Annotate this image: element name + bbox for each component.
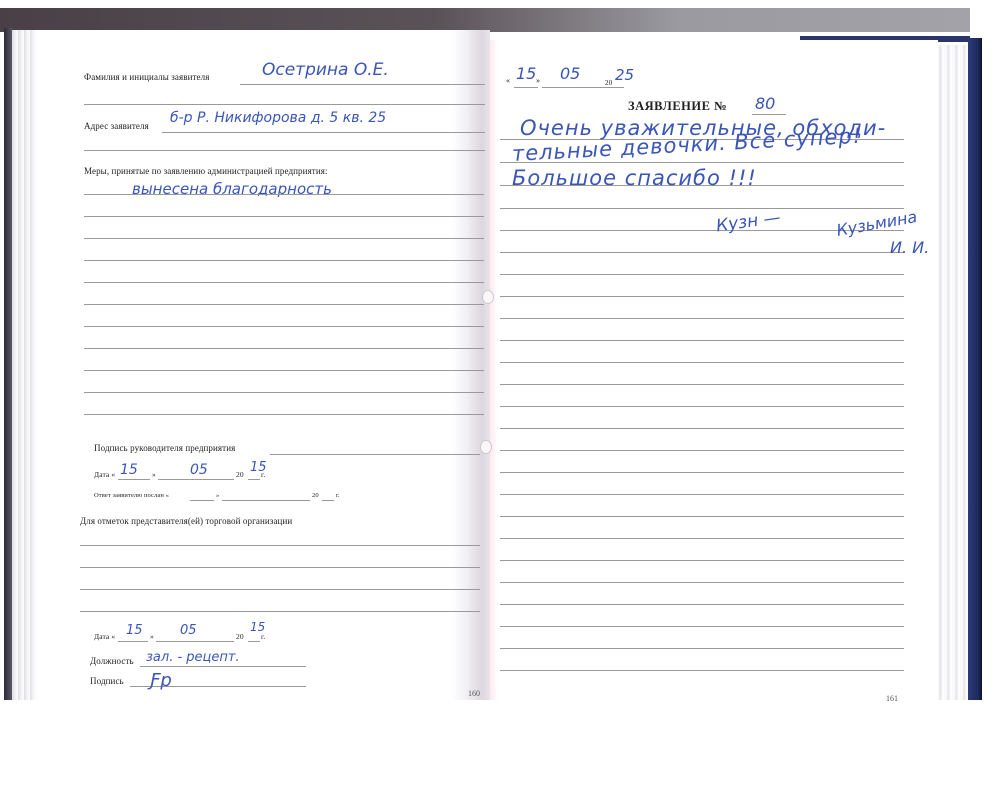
ruled-line xyxy=(500,296,904,297)
manager-signature-label: Подпись руководителя предприятия xyxy=(94,443,235,453)
ruled-line xyxy=(84,392,484,393)
binding-thread xyxy=(482,290,494,304)
rule xyxy=(222,500,310,501)
date1-year: 15 xyxy=(250,460,267,475)
date2-year: 15 xyxy=(250,620,265,634)
ruled-line xyxy=(500,626,904,627)
ruled-line xyxy=(500,318,904,319)
ruled-line xyxy=(500,274,904,275)
date2-year-prefix: 20 xyxy=(236,632,244,641)
position-label: Должность xyxy=(90,656,134,666)
ruled-line xyxy=(500,472,904,473)
date2-day: 15 xyxy=(126,623,143,638)
book-cover-top xyxy=(0,8,970,32)
reply-sent-year-prefix: 20 xyxy=(312,492,319,499)
ruled-line xyxy=(84,326,484,327)
date1-month: 05 xyxy=(190,462,208,478)
statement-date-day: 15 xyxy=(516,64,536,83)
date1-label: Дата « xyxy=(94,470,115,479)
signature-value: Ƒр xyxy=(150,670,172,691)
measures-label: Меры, принятые по заявлению администраци… xyxy=(84,166,328,176)
date2-month: 05 xyxy=(180,623,197,638)
ruled-line xyxy=(500,252,904,253)
ruled-line xyxy=(500,494,904,495)
ruled-line xyxy=(84,282,484,283)
rule xyxy=(322,500,334,501)
statement-title: ЗАЯВЛЕНИЕ № xyxy=(628,99,727,114)
ruled-line xyxy=(500,450,904,451)
scanned-book-spread: Фамилия и инициалы заявителя Осетрина О.… xyxy=(0,0,1000,700)
statement-year-prefix: 20 xyxy=(605,79,612,87)
ruled-line xyxy=(500,428,904,429)
statement-date-month: 05 xyxy=(560,64,580,83)
rule xyxy=(542,87,624,88)
reply-sent-sep: » xyxy=(216,492,219,499)
rule xyxy=(118,479,150,480)
right-page-number: 161 xyxy=(886,694,898,703)
book-cover-right xyxy=(968,38,982,700)
rule xyxy=(80,567,480,568)
measures-value: вынесена благодарность xyxy=(132,180,332,198)
rule xyxy=(156,641,234,642)
rule xyxy=(248,641,260,642)
signature-label: Подпись xyxy=(90,676,124,686)
ruled-line xyxy=(500,582,904,583)
date1-day: 15 xyxy=(120,462,138,478)
applicant-name-label: Фамилия и инициалы заявителя xyxy=(84,72,209,82)
statement-number: 80 xyxy=(755,94,775,113)
ruled-line xyxy=(500,670,904,671)
ruled-line xyxy=(500,648,904,649)
rule xyxy=(240,84,485,85)
date2-sep: » xyxy=(150,632,154,641)
date1-sep: » xyxy=(152,470,156,479)
ruled-line xyxy=(500,406,904,407)
left-page-edges xyxy=(12,30,36,700)
rule xyxy=(80,589,480,590)
ruled-line xyxy=(84,304,484,305)
rule xyxy=(162,132,485,133)
applicant-address-label: Адрес заявителя xyxy=(84,121,149,131)
rule xyxy=(158,479,234,480)
rule xyxy=(248,479,260,480)
applicant-name-value: Осетрина О.Е. xyxy=(262,60,389,80)
rule xyxy=(80,545,480,546)
binding-thread xyxy=(480,440,492,454)
statement-date-year: 25 xyxy=(615,66,634,84)
rule xyxy=(84,104,485,105)
reply-sent-suffix: г. xyxy=(336,492,340,499)
rule xyxy=(84,150,485,151)
left-page-number: 160 xyxy=(468,689,480,698)
rule xyxy=(80,611,480,612)
rule xyxy=(514,87,538,88)
ruled-line xyxy=(500,340,904,341)
right-page-edges xyxy=(938,45,968,700)
ruled-line xyxy=(500,538,904,539)
ruled-line xyxy=(84,238,484,239)
ruled-line xyxy=(500,516,904,517)
reply-sent-label: Ответ заявителю послан « xyxy=(94,492,169,499)
ruled-line xyxy=(84,370,484,371)
date1-year-prefix: 20 xyxy=(236,470,244,479)
signer-initials: И. И. xyxy=(890,238,929,257)
ruled-line xyxy=(500,560,904,561)
position-value: зал. - рецепт. xyxy=(146,650,240,665)
book-cover-left xyxy=(4,28,12,700)
applicant-address-value: б-р Р. Никифорова д. 5 кв. 25 xyxy=(170,110,386,126)
org-notes-label: Для отметок представителя(ей) торговой о… xyxy=(80,516,292,526)
date2-label: Дата « xyxy=(94,632,115,641)
rule xyxy=(190,500,214,501)
ruled-line xyxy=(500,362,904,363)
rule xyxy=(140,666,306,667)
ruled-line xyxy=(84,260,484,261)
ruled-line xyxy=(500,384,904,385)
rule xyxy=(118,641,148,642)
rule xyxy=(752,114,786,115)
ruled-line xyxy=(84,414,484,415)
ruled-line xyxy=(500,604,904,605)
ruled-line xyxy=(84,194,484,195)
statement-body-line-3: Большое спасибо !!! xyxy=(512,166,757,190)
manager-signature-line xyxy=(270,454,480,455)
ruled-line xyxy=(84,348,484,349)
ruled-line xyxy=(84,216,484,217)
ruled-line xyxy=(500,208,904,209)
